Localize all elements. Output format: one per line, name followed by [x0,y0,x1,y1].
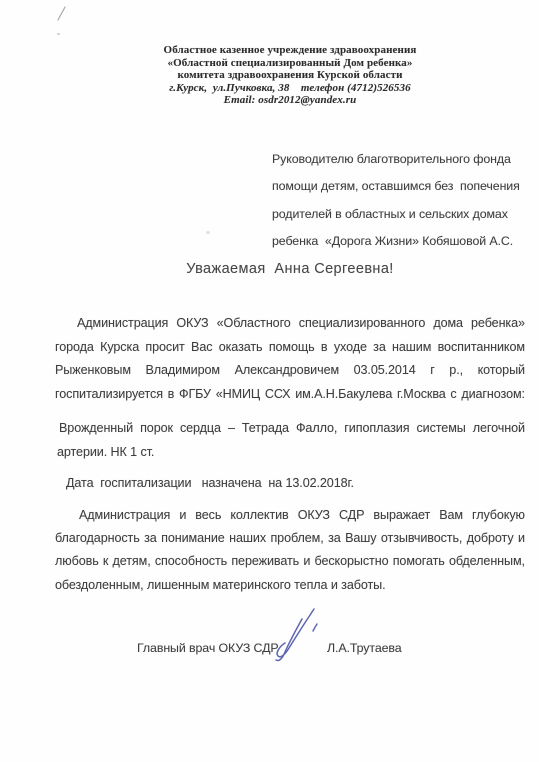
paragraph-line: любовькдетям,способностьпереживатьибеско… [55,554,525,577]
letterhead-email-line: Email: osdr2012@yandex.ru [55,94,525,107]
scan-speck [57,33,60,35]
letterhead: Областное казенное учреждение здравоохра… [55,44,525,107]
signature-title: Главный врач ОКУЗ СДР [137,641,279,655]
addressee-block: Руководителю благотворительного фонда по… [272,146,530,255]
scanned-letter-page: Областное казенное учреждение здравоохра… [0,0,539,762]
paragraph-line: городаКурскапроситВасоказатьпомощьвуходе… [55,340,525,364]
addressee-line: Руководителю благотворительного фонда [272,146,530,173]
paragraph-line: обездоленным, лишенным материнского тепл… [55,578,525,601]
letterhead-address-line: г.Курск, ул.Пучковка, 38 телефон (4712)5… [55,82,525,95]
paragraph-line: благодарностьзапониманиенашихпроблем,заВ… [55,531,525,554]
letterhead-org-line: «Областной специализированный Дом ребенк… [55,57,525,70]
addressee-line: ребенка «Дорога Жизни» Кобяшовой А.С. [272,228,530,255]
paragraph-line: Дата госпитализации назначена на 13.02.2… [55,476,525,500]
pen-mark-icon [54,5,70,23]
addressee-line: родителей в областных и сельских домах [272,201,530,228]
paragraph-line: РыженковымВладимиромАлександровичем03.05… [55,363,525,387]
letterhead-org-line: Областное казенное учреждение здравоохра… [55,44,525,57]
addressee-line: помощи детям, оставшимся без попечения [272,173,530,200]
salutation: Уважаемая Анна Сергеевна! [55,261,525,277]
signature-name: Л.А.Трутаева [327,641,402,655]
paragraph-line: артерии. НК 1 ст. [55,445,525,469]
paragraph-diagnosis: Врожденныйпороксердца–ТетрадаФалло,гипоп… [55,421,525,468]
hospitalization-date-line: Дата госпитализации назначена на 13.02.2… [55,476,525,500]
signature-ink-icon [268,605,326,667]
paragraph-line: АдминистрацияОКУЗ«Областногоспециализиро… [55,316,525,340]
paragraph-line: АдминистрацияивеськоллективОКУЗСДРвыража… [55,508,525,531]
paragraph-line: Врожденныйпороксердца–ТетрадаФалло,гипоп… [55,421,525,445]
paragraph-request: АдминистрацияОКУЗ«Областногоспециализиро… [55,316,525,411]
paragraph-line: госпитализируетсявФГБУ«НМИЦССХим.А.Н.Бак… [55,387,525,411]
scan-speck [206,231,210,234]
letterhead-org-line: комитета здравоохранения Курской области [55,69,525,82]
paragraph-gratitude: АдминистрацияивеськоллективОКУЗСДРвыража… [55,508,525,601]
